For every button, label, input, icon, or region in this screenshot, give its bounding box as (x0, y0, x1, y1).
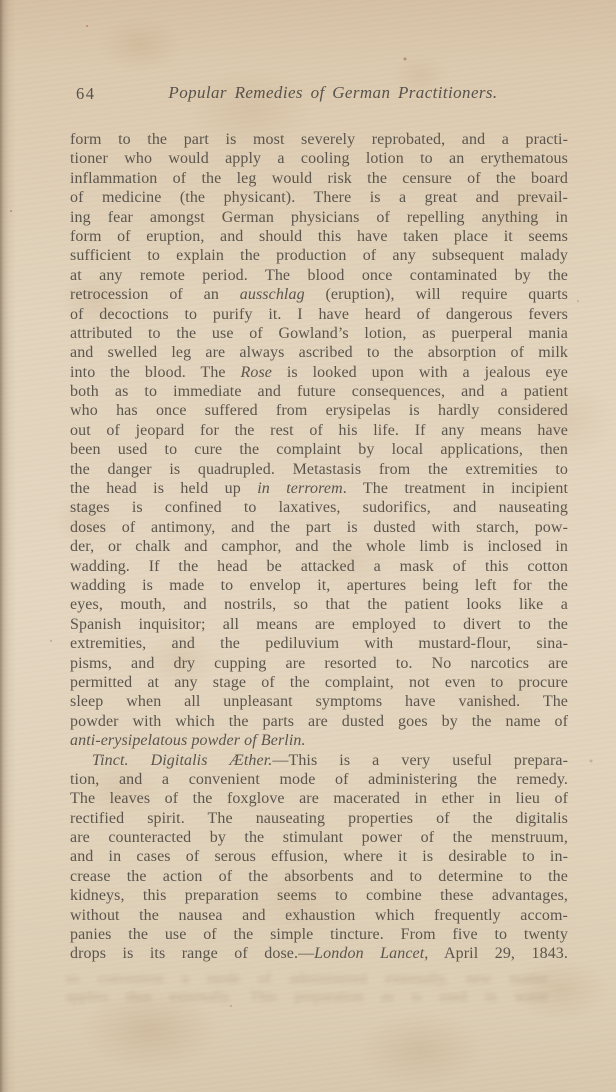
text-line: stages is confined to laxatives, sudorif… (70, 498, 568, 517)
italic-text-run: Tinct. Digitalis Æther. (92, 752, 272, 769)
text-run: , April 29, 1843. (424, 945, 568, 962)
text-run: and swelled leg are always ascribed to t… (70, 344, 568, 361)
text-line: into the blood. The Rose is looked upon … (70, 363, 568, 382)
text-line: are counteracted by the stimulant power … (70, 828, 568, 847)
text-line: at any remote period. The blood once con… (70, 266, 568, 285)
text-run: ing fear amongst German physicians of re… (70, 209, 568, 226)
text-run: wadding is made to envelop it, apertures… (70, 577, 568, 594)
text-run: pisms, and dry cupping are resorted to. … (70, 655, 568, 672)
text-line: kidneys, this preparation seems to combi… (70, 886, 568, 905)
text-run: the head is held up (70, 480, 257, 497)
italic-text-run: in terrorem (257, 480, 343, 497)
text-line: retrocession of an ausschlag (eruption),… (70, 285, 568, 304)
text-line: drops is its range of dose.—London Lance… (70, 944, 568, 963)
text-run: der, or chalk and camphor, and the whole… (70, 538, 568, 555)
text-run: powder with which the parts are dusted g… (70, 713, 568, 730)
text-run: and in cases of serous effusion, where i… (70, 848, 568, 865)
text-line: rectified spirit. The nauseating propert… (70, 809, 568, 828)
show-through-text: so convenient a mode of administered ext… (66, 971, 548, 1006)
text-line: of decoctions to purify it. I have heard… (70, 305, 568, 324)
italic-text-run: Rose (241, 364, 273, 381)
text-line: sleep when all unpleasant symptoms have … (70, 692, 568, 711)
text-line: panies the use of the simple tincture. F… (70, 925, 568, 944)
text-line: extremities, and the pediluvium with mus… (70, 634, 568, 653)
text-run: attributed to the use of Gowland’s lotio… (70, 325, 568, 342)
text-run: without the nausea and exhaustion which … (70, 907, 568, 924)
text-line: ing fear amongst German physicians of re… (70, 208, 568, 227)
text-line: without the nausea and exhaustion which … (70, 906, 568, 925)
text-line: the head is held up in terrorem. The tre… (70, 479, 568, 498)
text-line: and swelled leg are always ascribed to t… (70, 343, 568, 362)
text-line: tioner who would apply a cooling lotion … (70, 149, 568, 168)
text-run: eyes, mouth, and nostrils, so that the p… (70, 596, 568, 613)
text-run: the danger is quadrupled. Metastasis fro… (70, 461, 568, 478)
text-run: form to the part is most severely reprob… (70, 131, 568, 148)
text-line: of medicine (the physicant). There is a … (70, 188, 568, 207)
text-run: extremities, and the pediluvium with mus… (70, 635, 568, 652)
text-run: is looked upon with a jealous eye (272, 364, 568, 381)
text-run: Spanish inquisitor; all means are employ… (70, 616, 568, 633)
text-run: permitted at any stage of the complaint,… (70, 674, 568, 691)
text-run: of medicine (the physicant). There is a … (70, 189, 568, 206)
text-run: —This is a very useful prepara- (272, 752, 568, 769)
show-through-line: so convenient a mode of administered ext… (66, 971, 548, 989)
text-run: out of jeopard for the rest of his life.… (70, 422, 568, 439)
text-line: wadding is made to envelop it, apertures… (70, 576, 568, 595)
text-line: out of jeopard for the rest of his life.… (70, 421, 568, 440)
text-line: anti-erysipelatous powder of Berlin. (70, 731, 568, 750)
text-line: form of eruption, and should this have t… (70, 227, 568, 246)
text-line: pisms, and dry cupping are resorted to. … (70, 654, 568, 673)
text-run: sufficient to explain the production of … (70, 247, 568, 264)
running-header: 64 Popular Remedies of German Practition… (70, 83, 568, 105)
text-run: stages is confined to laxatives, sudorif… (70, 499, 568, 516)
text-run: rectified spirit. The nauseating propert… (70, 810, 568, 827)
text-line: been used to cure the complaint by local… (70, 440, 568, 459)
text-run: at any remote period. The blood once con… (70, 267, 568, 284)
text-run: sleep when all unpleasant symptoms have … (70, 693, 568, 710)
text-run: panies the use of the simple tincture. F… (70, 926, 568, 943)
text-line: Spanish inquisitor; all means are employ… (70, 615, 568, 634)
page-number: 64 (76, 84, 96, 104)
text-line: eyes, mouth, and nostrils, so that the p… (70, 595, 568, 614)
text-line: attributed to the use of Gowland’s lotio… (70, 324, 568, 343)
show-through-line: applies thus externally. This preparatio… (66, 989, 548, 1007)
text-run: tioner who would apply a cooling lotion … (70, 150, 568, 167)
page-gutter-shadow (0, 0, 16, 1092)
text-line: crease the action of the absorbents and … (70, 867, 568, 886)
text-line: both as to immediate and future conseque… (70, 382, 568, 401)
book-page: 64 Popular Remedies of German Practition… (0, 0, 616, 1092)
italic-text-run: London Lancet (314, 945, 424, 962)
text-line: inflammation of the leg would risk the c… (70, 169, 568, 188)
text-run: drops is its range of dose.— (70, 945, 314, 962)
text-run: been used to cure the complaint by local… (70, 441, 568, 458)
text-line: who has once suffered from erysipelas is… (70, 401, 568, 420)
text-run: both as to immediate and future conseque… (70, 383, 568, 400)
text-line: doses of antimony, and the part is duste… (70, 518, 568, 537)
running-title: Popular Remedies of German Practitioners… (70, 83, 568, 103)
text-run: inflammation of the leg would risk the c… (70, 170, 568, 187)
page-text-block: form to the part is most severely reprob… (70, 130, 568, 964)
text-run: crease the action of the absorbents and … (70, 868, 568, 885)
text-line: permitted at any stage of the complaint,… (70, 673, 568, 692)
text-run: retrocession of an (70, 286, 240, 303)
text-line: der, or chalk and camphor, and the whole… (70, 537, 568, 556)
text-line: Tinct. Digitalis Æther.—This is a very u… (70, 751, 568, 770)
text-line: and in cases of serous effusion, where i… (70, 847, 568, 866)
text-line: the danger is quadrupled. Metastasis fro… (70, 460, 568, 479)
text-line: The leaves of the foxglove are macerated… (70, 789, 568, 808)
italic-text-run: anti-erysipelatous powder of Berlin. (70, 732, 306, 749)
text-line: wadding. If the head be attacked a mask … (70, 557, 568, 576)
text-run: doses of antimony, and the part is duste… (70, 519, 568, 536)
text-run: who has once suffered from erysipelas is… (70, 402, 568, 419)
text-line: tion, and a convenient mode of administe… (70, 770, 568, 789)
text-run: tion, and a convenient mode of administe… (70, 771, 568, 788)
text-run: of decoctions to purify it. I have heard… (70, 306, 568, 323)
text-run: into the blood. The (70, 364, 241, 381)
text-line: sufficient to explain the production of … (70, 246, 568, 265)
text-run: The leaves of the foxglove are macerated… (70, 790, 568, 807)
text-run: . The treatment in incipient (343, 480, 568, 497)
italic-text-run: ausschlag (240, 286, 305, 303)
text-line: powder with which the parts are dusted g… (70, 712, 568, 731)
text-run: wadding. If the head be attacked a mask … (70, 558, 568, 575)
text-run: (eruption), will require quarts (305, 286, 568, 303)
text-run: kidneys, this preparation seems to combi… (70, 887, 568, 904)
paper-specks (0, 0, 2, 2)
text-line: form to the part is most severely reprob… (70, 130, 568, 149)
text-run: form of eruption, and should this have t… (70, 228, 568, 245)
text-run: are counteracted by the stimulant power … (70, 829, 568, 846)
